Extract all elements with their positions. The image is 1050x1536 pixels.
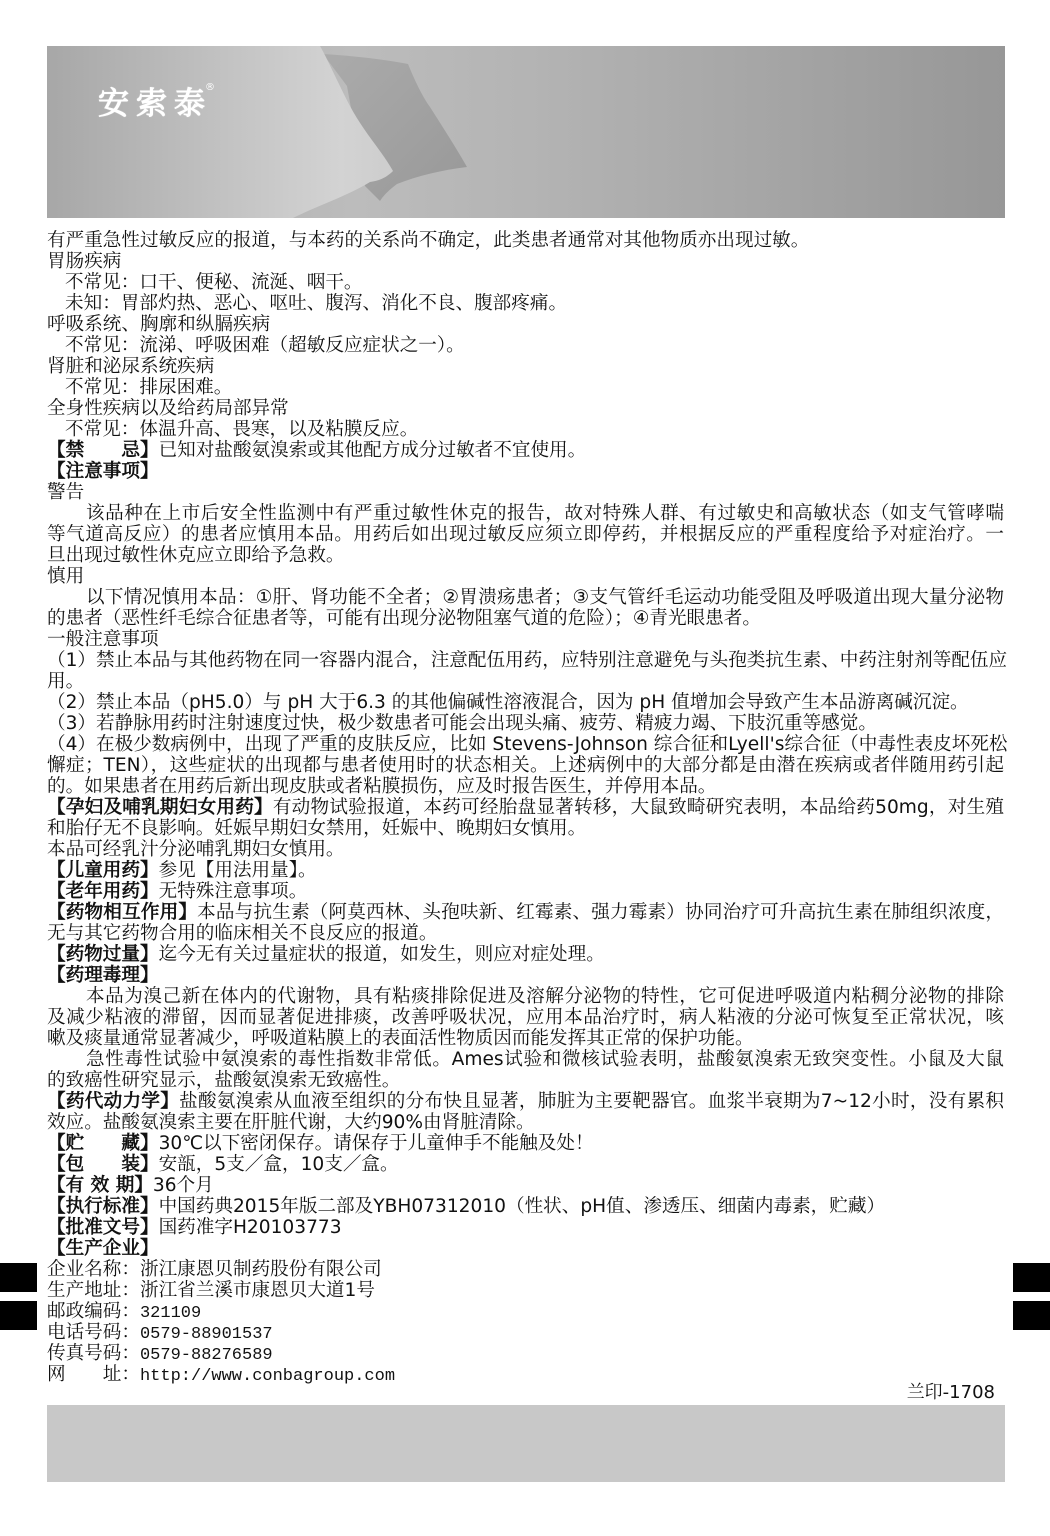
section-label: 【老年用药】 [47,881,159,902]
brand-logo: 安索泰 [98,84,212,124]
adverse-group-title: 胃肠疾病 [47,251,1004,272]
pharmacology-text: 及减少粘液的滞留，因而显著促进排痰，改善呼吸状况，应用本品治疗时，病人粘液的分泌… [47,1007,1004,1028]
registration-mark-right-top [1013,1263,1050,1292]
shelf-life-section: 【有 效 期】36个月 [47,1175,1004,1196]
section-text: 迄今无有关过量症状的报道，如发生，则应对症处理。 [159,944,605,965]
manufacturer-name-row: 企业名称：浙江康恩贝制药股份有限公司 [47,1259,1004,1280]
pharmacology-text: 急性毒性试验中氨溴索的毒性指数非常低。Ames试验和微核试验表明，盐酸氨溴索无致… [47,1049,1004,1070]
field-label: 传真号码： [47,1343,140,1364]
pharmacokinetics-section: 【药代动力学】盐酸氨溴索从血液至组织的分布快且显著，肺脏为主要靶器官。血浆半衰期… [47,1091,1004,1112]
pregnancy-section: 【孕妇及哺乳期妇女用药】有动物试验报道，本药可经胎盘显著转移，大鼠致畸研究表明，… [47,797,1004,818]
field-value: 0579-88901537 [140,1325,273,1344]
manufacturer-address-row: 生产地址：浙江省兰溪市康恩贝大道1号 [47,1280,1004,1301]
section-label: 【包 装】 [47,1154,159,1175]
pediatric-section: 【儿童用药】参见【用法用量】。 [47,860,1004,881]
phone-row: 电话号码：0579-88901537 [47,1322,1004,1343]
interactions-section: 【药物相互作用】本品与抗生素（阿莫西林、头孢呋新、红霉素、强力霉素）协同治疗可升… [47,902,1004,923]
section-label: 【有 效 期】 [47,1175,153,1196]
caution-text: 以下情况慎用本品：①肝、肾功能不全者；②胃溃疡患者；③支气管纤毛运动功能受阻及呼… [47,587,1004,608]
geriatric-section: 【老年用药】无特殊注意事项。 [47,881,1004,902]
section-label: 【儿童用药】 [47,860,159,881]
general-note: 的。如果患者在用药后新出现皮肤或者粘膜损伤，应及时报告医生，并停用本品。 [47,776,1004,797]
leaflet-body: 有严重急性过敏反应的报道，与本药的关系尚不确定，此类患者通常对其他物质亦出现过敏… [47,230,1004,1385]
general-note: （2）禁止本品（pH5.0）与 pH 大于6.3 的其他偏碱性溶液混合，因为 p… [47,692,1004,713]
section-label: 【孕妇及哺乳期妇女用药】 [47,797,273,818]
section-text: 国药准字H20103773 [159,1217,342,1238]
adverse-item: 未知：胃部灼热、恶心、呕吐、腹泻、消化不良、腹部疼痛。 [47,293,1004,314]
section-text: 参见【用法用量】。 [159,860,317,881]
section-text: 有动物试验报道，本药可经胎盘显著转移，大鼠致畸研究表明，本品给药50mg，对生殖 [273,797,1004,818]
section-label: 【药物相互作用】 [47,902,197,923]
manufacturer-heading: 【生产企业】 [47,1238,1004,1259]
fax-row: 传真号码：0579-88276589 [47,1343,1004,1364]
pharmacology-heading: 【药理毒理】 [47,965,1004,986]
section-text: 36个月 [153,1175,214,1196]
section-text: 安瓿，5支／盒，10支／盒。 [159,1154,399,1175]
website-row: 网 址：http://www.conbagroup.com [47,1364,1004,1385]
package-section: 【包 装】安瓿，5支／盒，10支／盒。 [47,1154,1004,1175]
pharmacology-text: 嗽及痰量通常显著减少，呼吸道粘膜上的表面活性物质因而能发挥其正常的保护功能。 [47,1028,1004,1049]
field-label: 生产地址： [47,1280,140,1301]
interactions-text: 无与其它药物合用的临床相关不良反应的报道。 [47,923,1004,944]
section-text: 30℃以下密闭保存。请保存于儿童伸手不能触及处！ [159,1133,594,1154]
storage-section: 【贮 藏】30℃以下密闭保存。请保存于儿童伸手不能触及处！ [47,1133,1004,1154]
field-value: 0579-88276589 [140,1346,273,1365]
pharmacology-text: 的致癌性研究显示，盐酸氨溴索无致癌性。 [47,1070,1004,1091]
caution-subheading: 慎用 [47,566,1004,587]
warning-text: 旦出现过敏性休克应立即给予急救。 [47,545,1004,566]
general-note: （3）若静脉用药时注射速度过快，极少数患者可能会出现头痛、疲劳、精疲力竭、下肢沉… [47,713,1004,734]
adverse-reactions-intro: 有严重急性过敏反应的报道，与本药的关系尚不确定，此类患者通常对其他物质亦出现过敏… [47,230,1004,251]
general-note: （4）在极少数病例中，出现了严重的皮肤反应，比如 Stevens-Johnson… [47,734,1004,755]
adverse-group-title: 呼吸系统、胸廓和纵膈疾病 [47,314,1004,335]
header-banner: 安索泰 ® [47,46,1005,218]
pregnancy-text: 和胎仔无不良影响。妊娠早期妇女禁用，妊娠中、晚期妇女慎用。 [47,818,1004,839]
contraindications-section: 【禁 忌】已知对盐酸氨溴索或其他配方成分过敏者不宜使用。 [47,440,1004,461]
registration-mark-left-bottom [0,1301,37,1330]
overdose-section: 【药物过量】迄今无有关过量症状的报道，如发生，则应对症处理。 [47,944,1004,965]
warning-text: 等气道高反应）的患者应慎用本品。用药后如出现过敏反应须立即停药，并根据反应的严重… [47,524,1004,545]
website-link[interactable]: http://www.conbagroup.com [140,1367,395,1386]
print-code: 兰印-1708 [907,1382,995,1404]
adverse-item: 不常见：排尿困难。 [47,377,1004,398]
adverse-group-title: 肾脏和泌尿系统疾病 [47,356,1004,377]
footer-gray-band [47,1405,1005,1482]
adverse-group-title: 全身性疾病以及给药局部异常 [47,398,1004,419]
postal-code-row: 邮政编码：321109 [47,1301,1004,1322]
section-label: 【药物过量】 [47,944,159,965]
registration-mark-right-bottom [1013,1301,1050,1330]
general-note: （1）禁止本品与其他药物在同一容器内混合，注意配伍用药，应特别注意避免与头孢类抗… [47,650,1004,671]
field-label: 电话号码： [47,1322,140,1343]
adverse-item: 不常见：口干、便秘、流涎、咽干。 [47,272,1004,293]
section-label: 【执行标准】 [47,1196,159,1217]
registered-trademark-icon: ® [205,82,215,94]
section-text: 无特殊注意事项。 [159,881,308,902]
warning-text: 该品种在上市后安全性监测中有严重过敏性休克的报告，故对特殊人群、有过敏史和高敏状… [47,503,1004,524]
curled-paper-illustration [47,46,1005,218]
section-label: 【禁 忌】 [47,440,159,461]
field-value: 浙江康恩贝制药股份有限公司 [140,1259,382,1280]
approval-section: 【批准文号】国药准字H20103773 [47,1217,1004,1238]
section-label: 【贮 藏】 [47,1133,159,1154]
adverse-item: 不常见：流涕、呼吸困难（超敏反应症状之一）。 [47,335,1004,356]
field-value: 321109 [140,1304,201,1323]
pregnancy-text: 本品可经乳汁分泌哺乳期妇女慎用。 [47,839,1004,860]
caution-text: 的患者（恶性纤毛综合征患者等，可能有出现分泌物阻塞气道的危险）；④青光眼患者。 [47,608,1004,629]
adverse-item: 不常见：体温升高、畏寒，以及粘膜反应。 [47,419,1004,440]
standard-section: 【执行标准】中国药典2015年版二部及YBH07312010（性状、pH值、渗透… [47,1196,1004,1217]
field-label: 邮政编码： [47,1301,140,1322]
section-label: 【批准文号】 [47,1217,159,1238]
general-notes-subheading: 一般注意事项 [47,629,1004,650]
field-value: 浙江省兰溪市康恩贝大道1号 [140,1280,375,1301]
warning-subheading: 警告 [47,482,1004,503]
field-label: 企业名称： [47,1259,140,1280]
pharmacology-text: 本品为溴己新在体内的代谢物，具有粘痰排除促进及溶解分泌物的特性，它可促进呼吸道内… [47,986,1004,1007]
section-text: 盐酸氨溴索从血液至组织的分布快且显著，肺脏为主要靶器官。血浆半衰期为7~12小时… [179,1091,1004,1112]
general-note: 用。 [47,671,1004,692]
registration-mark-left-top [0,1263,37,1292]
pharmacokinetics-text: 效应。盐酸氨溴索主要在肝脏代谢，大约90%由肾脏清除。 [47,1112,1004,1133]
section-text: 本品与抗生素（阿莫西林、头孢呋新、红霉素、强力霉素）协同治疗可升高抗生素在肺组织… [197,902,1004,923]
section-label: 【药代动力学】 [47,1091,179,1112]
precautions-heading: 【注意事项】 [47,461,1004,482]
field-label: 网 址： [47,1364,140,1385]
section-text: 中国药典2015年版二部及YBH07312010（性状、pH值、渗透压、细菌内毒… [159,1196,885,1217]
section-text: 已知对盐酸氨溴索或其他配方成分过敏者不宜使用。 [159,440,587,461]
general-note: 懈症；TEN），这些症状的出现都与患者使用时的状态相关。上述病例中的大部分都是由… [47,755,1004,776]
